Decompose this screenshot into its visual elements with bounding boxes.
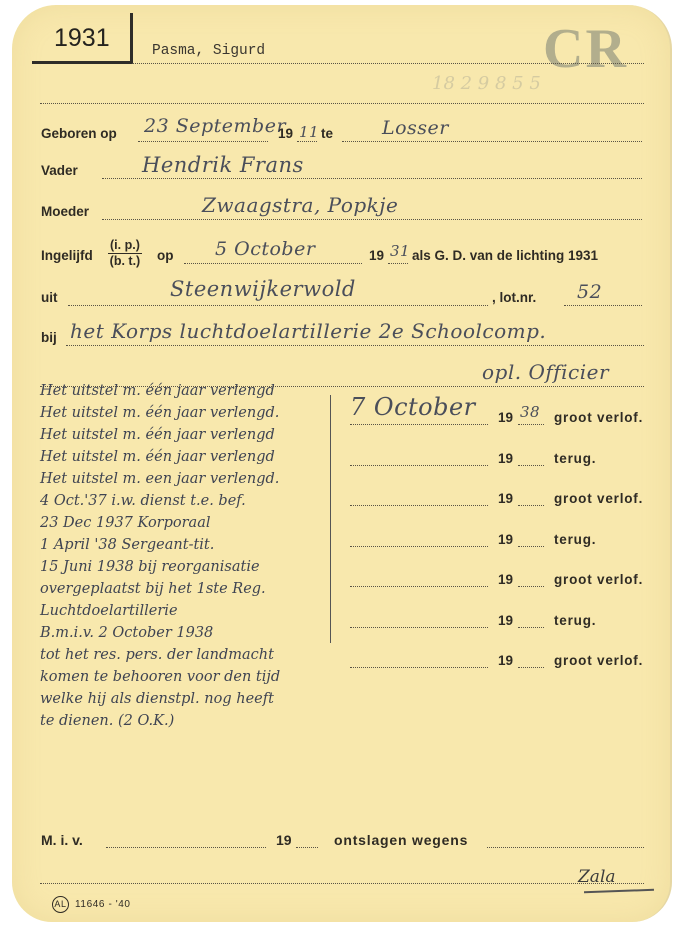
year-box: 1931	[32, 13, 133, 64]
note-line: tot het res. pers. der landmacht	[40, 644, 340, 666]
enlisted-date: 5 October	[215, 238, 315, 260]
signature-underline	[584, 889, 654, 893]
schedule-year-line	[518, 667, 544, 668]
fraction-top: (i. p.)	[108, 238, 142, 254]
father-name: Hendrik Frans	[142, 153, 304, 177]
born-place-line	[342, 141, 642, 142]
discharge-date-line	[106, 847, 266, 848]
father-line	[102, 178, 642, 179]
schedule-year-prefix: 19	[498, 532, 513, 547]
note-line: komen te behooren voor den tijd	[40, 666, 340, 688]
discharge-year-line	[296, 847, 318, 848]
note-line: 23 Dec 1937 Korporaal	[40, 512, 340, 534]
born-year-line	[297, 141, 317, 142]
unit-value-2: opl. Officier	[482, 360, 609, 384]
schedule-date-line	[350, 465, 488, 466]
schedule-date-line	[350, 586, 488, 587]
lot-line	[564, 305, 642, 306]
schedule-year-prefix: 19	[498, 572, 513, 587]
schedule-row: 19groot verlof.	[350, 571, 670, 591]
faded-number: 18 2 9 8 5 5	[432, 73, 541, 94]
schedule-year-line	[518, 586, 544, 587]
mother-label: Moeder	[41, 204, 89, 219]
note-line: welke hij als dienstpl. nog heeft	[40, 688, 340, 710]
born-year: 11	[299, 123, 319, 141]
blank-line	[40, 103, 644, 104]
lot-label: , lot.nr.	[492, 290, 536, 305]
schedule-row: 19terug.	[350, 450, 670, 470]
schedule-status: terug.	[554, 613, 596, 628]
form-code: AL11646 - '40	[52, 896, 131, 913]
printer-logo-icon: AL	[52, 896, 69, 913]
from-place: Steenwijkerwold	[170, 277, 356, 301]
cr-stamp: CR	[543, 17, 628, 81]
schedule-status: groot verlof.	[554, 491, 643, 506]
father-label: Vader	[41, 163, 78, 178]
enlisted-year: 31	[390, 242, 410, 260]
enlisted-label: Ingelijfd	[41, 248, 93, 263]
note-line: overgeplaatst bij het 1ste Reg.	[40, 578, 340, 600]
schedule-row: 19terug.	[350, 531, 670, 551]
schedule-year-prefix: 19	[498, 410, 513, 425]
from-label: uit	[41, 290, 58, 305]
note-line: Het uitstel m. een jaar verlengd.	[40, 468, 340, 490]
schedule-date-line	[350, 424, 488, 425]
schedule-date-line	[350, 667, 488, 668]
discharge-reason-label: ontslagen wegens	[334, 832, 468, 848]
schedule-year-prefix: 19	[498, 653, 513, 668]
discharge-reason-line	[487, 847, 644, 848]
mother-line	[102, 219, 642, 220]
note-line: Het uitstel m. één jaar verlengd.	[40, 402, 340, 424]
cohort-label: als G. D. van de lichting 1931	[412, 248, 598, 263]
enlisted-year-line	[388, 263, 408, 264]
unit-label: bij	[41, 330, 57, 345]
schedule-year-line	[518, 424, 544, 425]
column-divider	[330, 395, 331, 643]
name-line	[132, 63, 644, 64]
service-notes: Het uitstel m. één jaar verlengd Het uit…	[40, 380, 340, 732]
born-place: Losser	[382, 117, 449, 139]
schedule-row: 19groot verlof.	[350, 490, 670, 510]
discharge-year-prefix: 19	[276, 832, 292, 848]
note-line: Het uitstel m. één jaar verlengd	[40, 424, 340, 446]
note-line: 1 April '38 Sergeant-tit.	[40, 534, 340, 556]
schedule-row: 19groot verlof.	[350, 652, 670, 672]
note-line: 4 Oct.'37 i.w. dienst t.e. bef.	[40, 490, 340, 512]
born-year-prefix: 19	[278, 126, 293, 141]
schedule-year-prefix: 19	[498, 491, 513, 506]
schedule-status: groot verlof.	[554, 572, 643, 587]
mother-name: Zwaagstra, Popkje	[202, 193, 398, 217]
enlisted-date-line	[184, 263, 362, 264]
note-line: te dienen. (2 O.K.)	[40, 710, 340, 732]
born-label: Geboren op	[41, 126, 117, 141]
schedule-row: 19terug.	[350, 612, 670, 632]
schedule-year-line	[518, 627, 544, 628]
schedule-status: terug.	[554, 532, 596, 547]
signature-line	[40, 883, 644, 884]
signature: Zala	[578, 867, 616, 887]
enlisted-fraction: (i. p.) (b. t.)	[108, 238, 142, 269]
enlisted-on-label: op	[157, 248, 174, 263]
born-date: 23 September	[144, 115, 286, 137]
schedule-date: 7 October	[350, 393, 476, 421]
schedule-row: 7 October1938groot verlof.	[350, 409, 670, 429]
from-line	[68, 305, 488, 306]
lot-number: 52	[577, 281, 602, 303]
card-year: 1931	[54, 24, 110, 53]
schedule-year-prefix: 19	[498, 613, 513, 628]
schedule-year-line	[518, 465, 544, 466]
schedule-status: groot verlof.	[554, 410, 643, 425]
schedule-date-line	[350, 505, 488, 506]
unit-line	[66, 345, 644, 346]
unit-value: het Korps luchtdoelartillerie 2e Schoolc…	[70, 319, 546, 343]
note-line: Luchtdoelartillerie	[40, 600, 340, 622]
schedule-date-line	[350, 627, 488, 628]
person-name: Pasma, Sigurd	[152, 43, 265, 59]
note-line: Het uitstel m. één jaar verlengd	[40, 446, 340, 468]
form-number: 11646 - '40	[75, 899, 131, 910]
discharge-label: M. i. v.	[41, 832, 83, 848]
fraction-bottom: (b. t.)	[110, 254, 141, 268]
schedule-year-line	[518, 505, 544, 506]
born-date-line	[138, 141, 268, 142]
schedule-year-line	[518, 546, 544, 547]
note-line: 15 Juni 1938 bij reorganisatie	[40, 556, 340, 578]
note-line: Het uitstel m. één jaar verlengd	[40, 380, 340, 402]
born-place-label: te	[321, 126, 333, 141]
schedule-status: terug.	[554, 451, 596, 466]
enlisted-year-prefix: 19	[369, 248, 384, 263]
registration-card: 1931 Pasma, Sigurd CR 18 2 9 8 5 5 Gebor…	[12, 5, 672, 922]
schedule-year-prefix: 19	[498, 451, 513, 466]
schedule-date-line	[350, 546, 488, 547]
note-line: B.m.i.v. 2 October 1938	[40, 622, 340, 644]
schedule-status: groot verlof.	[554, 653, 643, 668]
schedule-year: 38	[520, 403, 540, 421]
